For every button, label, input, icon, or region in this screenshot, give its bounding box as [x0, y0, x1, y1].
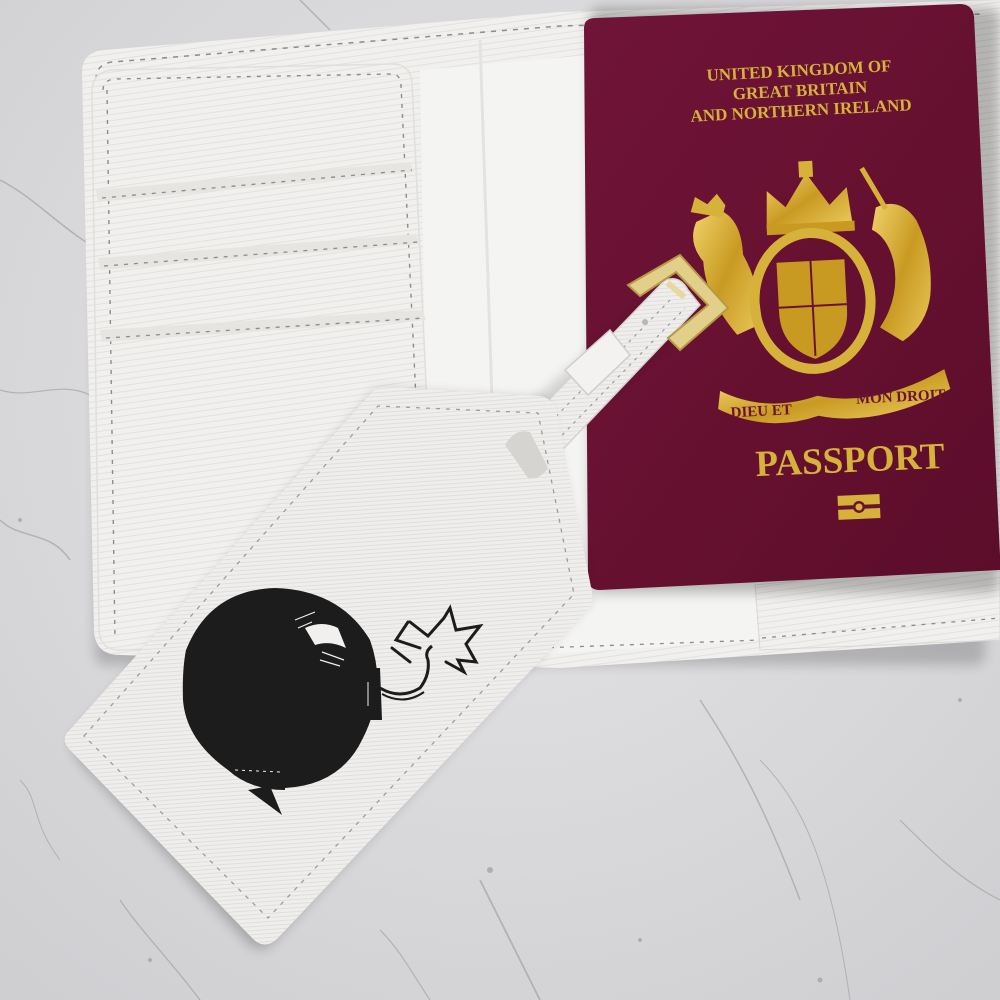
product-photo: UNITED KINGDOM OF GREAT BRITAIN AND NORT…: [0, 0, 1000, 1000]
passport-title: PASSPORT: [755, 436, 946, 485]
biometric-chip-icon: [837, 494, 880, 520]
motto-left: DIEU ET: [730, 402, 792, 421]
